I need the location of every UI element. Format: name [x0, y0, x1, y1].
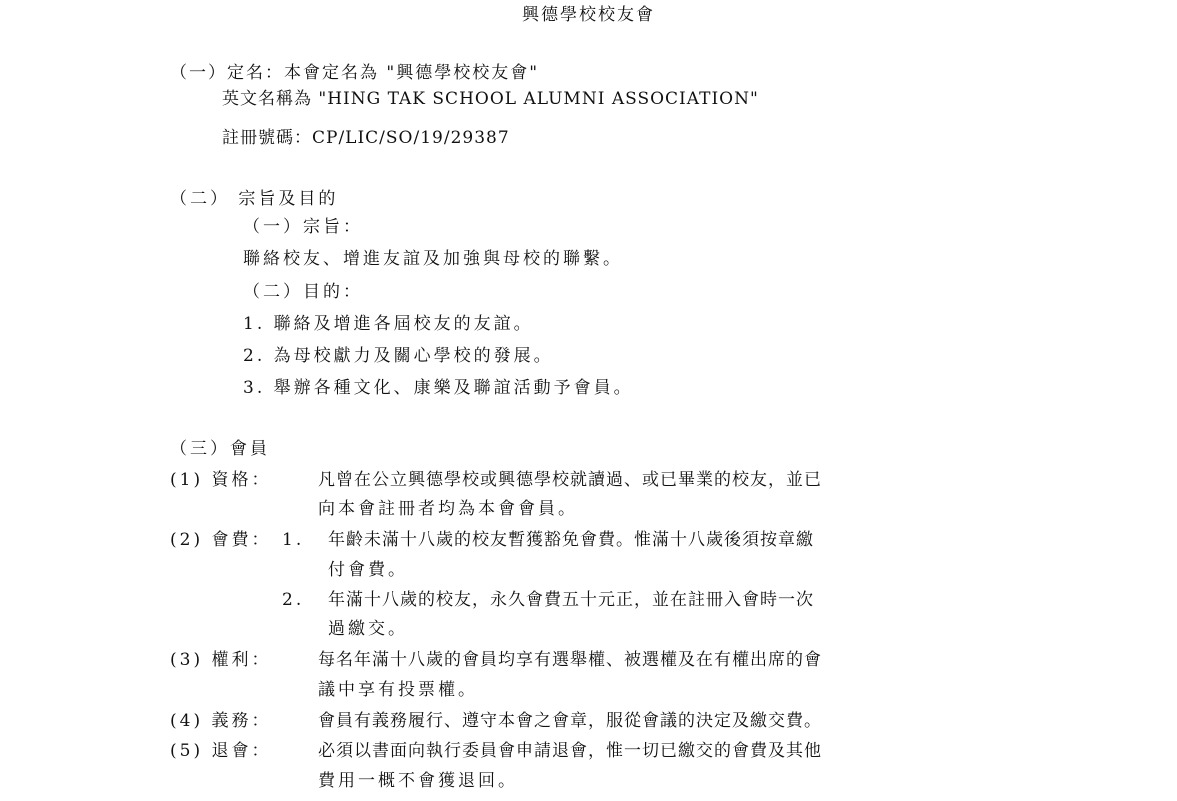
section-1-registration: 註冊號碼：CP/LIC/SO/19/29387: [222, 125, 510, 151]
section-2-heading: （二） 宗旨及目的: [170, 186, 338, 212]
objective-item: 1. 聯絡及增進各屆校友的友誼。: [243, 311, 534, 337]
membership-qualification-text: 凡曾在公立興德學校或興德學校就讀過、或已畢業的校友，並已: [318, 467, 822, 493]
membership-withdrawal-text: 費用一概不會獲退回。: [318, 768, 518, 794]
document-title: 興德學校校友會: [0, 2, 1177, 28]
fee-subitem-text: 過繳交。: [328, 616, 408, 642]
membership-qualification-text: 向本會註冊者均為本會會員。: [318, 496, 578, 522]
section-2-objectives-heading: （二）目的：: [243, 279, 363, 305]
membership-duties-label: (4) 義務：: [170, 708, 271, 734]
membership-duties-text: 會員有義務履行、遵守本會之會章，服從會議的決定及繳交費。: [318, 708, 822, 734]
membership-withdrawal-text: 必須以書面向執行委員會申請退會，惟一切已繳交的會費及其他: [318, 738, 822, 764]
fee-subitem-number: 1.: [282, 527, 304, 553]
objective-item: 2. 為母校獻力及關心學校的發展。: [243, 343, 554, 369]
membership-qualification-label: (1) 資格：: [170, 467, 271, 493]
membership-rights-text: 議中享有投票權。: [318, 677, 478, 703]
section-1-heading: （一）定名：本會定名為 "興德學校校友會": [170, 60, 539, 86]
objective-item: 3. 舉辦各種文化、康樂及聯誼活動予會員。: [243, 375, 634, 401]
fee-subitem-text: 年滿十八歲的校友，永久會費五十元正，並在註冊入會時一次: [328, 587, 814, 613]
membership-rights-label: (3) 權利：: [170, 647, 271, 673]
fee-subitem-text: 年齡未滿十八歲的校友暫獲豁免會費。惟滿十八歲後須按章繳: [328, 527, 814, 553]
fee-subitem-text: 付會費。: [328, 557, 408, 583]
membership-withdrawal-label: (5) 退會：: [170, 738, 271, 764]
section-2-purpose-text: 聯絡校友、增進友誼及加強與母校的聯繫。: [243, 246, 623, 272]
membership-rights-text: 每名年滿十八歲的會員均享有選舉權、被選權及在有權出席的會: [318, 647, 822, 673]
section-3-heading: （三）會員: [170, 436, 270, 462]
membership-fee-label: (2) 會費：: [170, 527, 271, 553]
fee-subitem-number: 2.: [282, 587, 304, 613]
section-2-purpose-heading: （一）宗旨：: [243, 214, 363, 240]
section-1-english-name: 英文名稱為 "HING TAK SCHOOL ALUMNI ASSOCIATIO…: [222, 86, 759, 112]
